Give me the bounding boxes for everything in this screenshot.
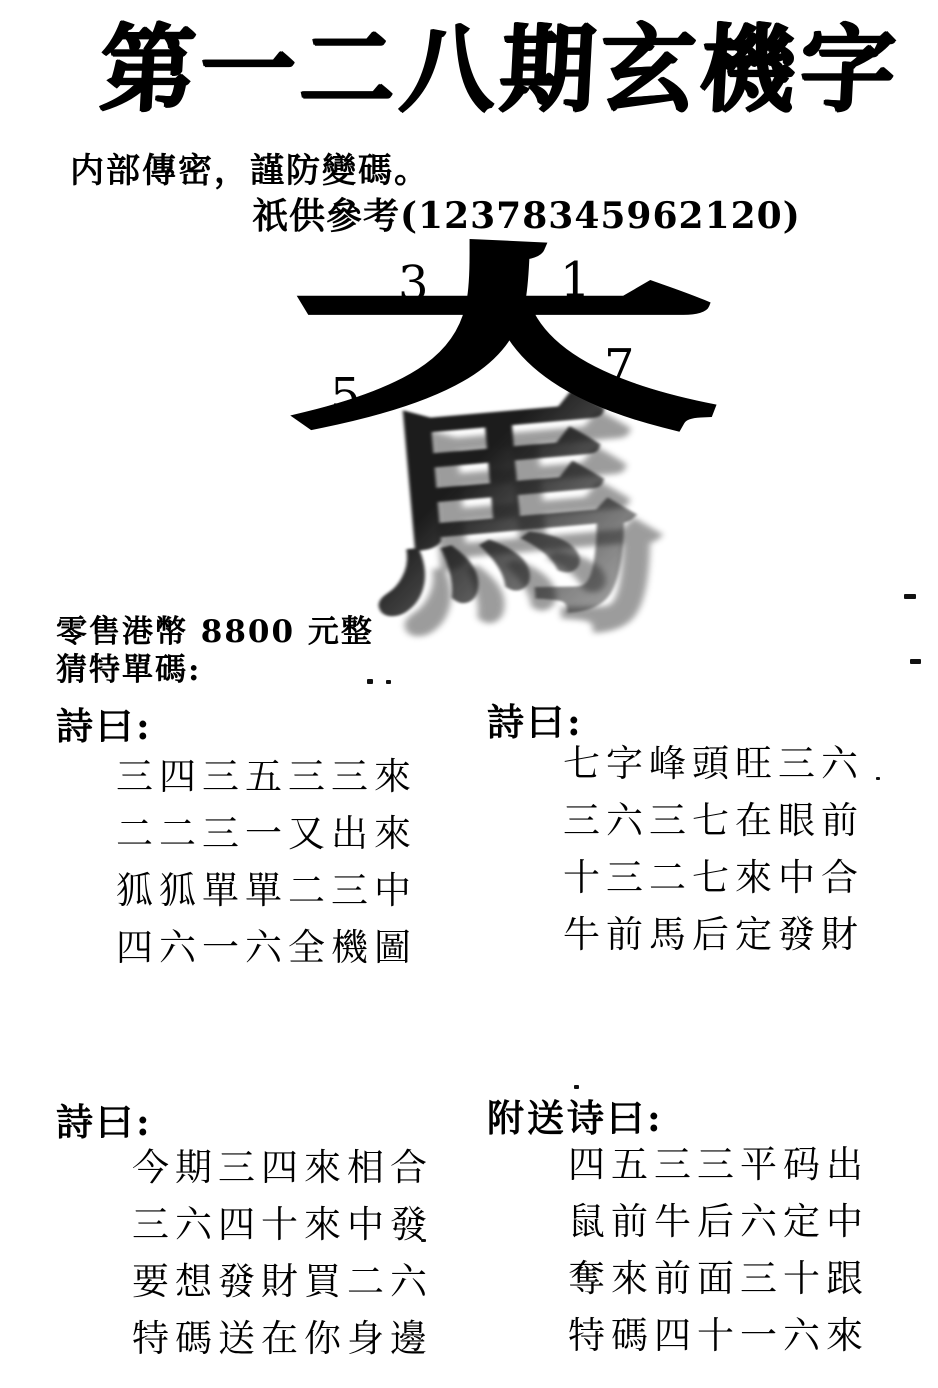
poem-line: 鼠前牛后六定中 <box>568 1193 869 1250</box>
poem-line: 狐狐單單二三中 <box>116 862 417 919</box>
poem-line: 四五三三平码出 <box>568 1136 869 1193</box>
poem-bottom-left: 今期三四來相合 三六四十來中發 要想發財買二六 特碼送在你身邊 <box>132 1139 433 1367</box>
print-speck <box>574 1085 579 1089</box>
secrecy-notice: 内部傳密，謹防變碼。 <box>70 143 430 192</box>
print-speck <box>421 1239 426 1242</box>
print-speck <box>910 659 921 664</box>
print-speck <box>904 594 916 599</box>
corner-number-top-right: 1 <box>560 256 591 304</box>
page-title: 第一二八期玄機字 <box>97 18 938 123</box>
corner-number-top-left: 3 <box>398 260 429 308</box>
poem-bottom-right: 四五三三平码出 鼠前牛后六定中 奪來前面三十跟 特碼四十一六來 <box>568 1136 869 1364</box>
poem-line: 牛前馬后定發財 <box>563 906 864 963</box>
poem-line: 七字峰頭旺三六 <box>563 735 864 792</box>
print-speck <box>367 679 373 684</box>
poem-line: 三六三七在眼前 <box>563 792 864 849</box>
poem-line: 要想發財買二六 <box>132 1253 433 1310</box>
poem-line: 二二三一又出來 <box>116 805 417 862</box>
poem-mid-left: 三四三五三三來 二二三一又出來 狐狐單單二三中 四六一六全機圖 <box>116 748 417 976</box>
corner-number-bottom-left: 5 <box>330 372 361 420</box>
poem-heading-bottom-right: 附送诗曰: <box>487 1088 664 1142</box>
poem-mid-right: 七字峰頭旺三六 三六三七在眼前 十三二七來中合 牛前馬后定發財 <box>563 735 864 963</box>
poem-heading-bottom-left: 詩曰: <box>56 1092 153 1146</box>
poem-line: 三六四十來中發 <box>132 1196 433 1253</box>
poem-line: 十三二七來中合 <box>563 849 864 906</box>
poem-line: 特碼四十一六來 <box>568 1307 869 1364</box>
poem-line: 三四三五三三來 <box>116 748 417 805</box>
lottery-tip-sheet: 第一二八期玄機字 内部傳密，謹防變碼。 祇供參考(12378345962120)… <box>0 0 938 1388</box>
poem-line: 四六一六全機圖 <box>116 919 417 976</box>
print-speck <box>386 680 391 684</box>
poem-line: 今期三四來相合 <box>132 1139 433 1196</box>
print-speck <box>876 777 880 780</box>
poem-line: 特碼送在你身邊 <box>132 1310 433 1367</box>
corner-number-bottom-right: 7 <box>604 343 635 391</box>
guess-special-code-line: 猜特單碼: <box>56 644 201 689</box>
poem-line: 奪來前面三十跟 <box>568 1250 869 1307</box>
poem-heading-mid-left: 詩曰: <box>56 696 153 750</box>
